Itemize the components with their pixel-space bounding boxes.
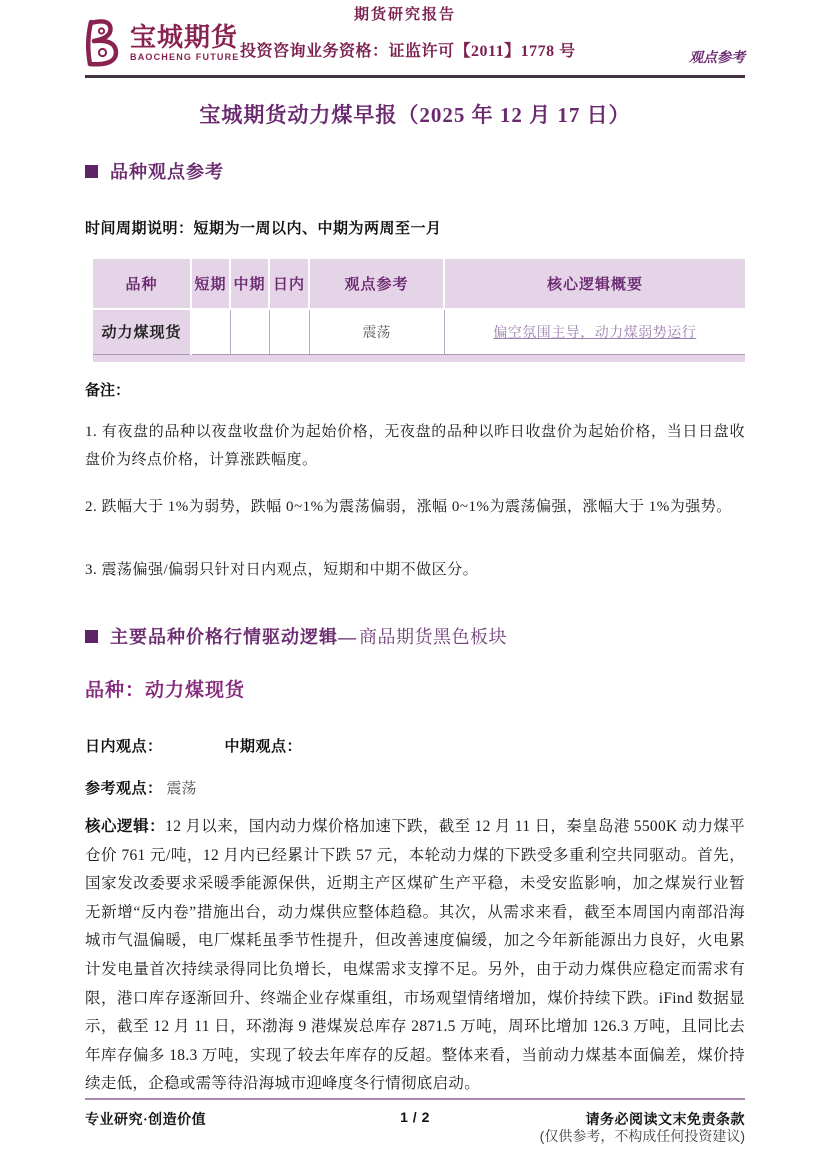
section-heading-sub: 商品期货黑色板块 xyxy=(359,623,507,649)
section-heading-view-reference: 品种观点参考 xyxy=(85,158,745,184)
section-heading-drivers: 主要品种价格行情驱动逻辑—商品期货黑色板块 xyxy=(85,623,745,649)
cell-variety: 动力煤现货 xyxy=(93,309,191,354)
cell-view: 震荡 xyxy=(309,309,444,354)
page-header: 宝城期货 BAOCHENG FUTURE 期货研究报告 投资咨询业务资格：证监许… xyxy=(85,0,745,78)
note-item-3: 3. 震荡偏强/偏弱只针对日内观点，短期和中期不做区分。 xyxy=(85,557,745,585)
table-header-row: 品种 短期 中期 日内 观点参考 核心逻辑概要 xyxy=(93,259,745,309)
qualification-label: 投资咨询业务资格：证监许可【2011】1778 号 xyxy=(240,38,570,61)
variety-heading: 品种：动力煤现货 xyxy=(85,675,745,702)
baocheng-logo-icon xyxy=(79,17,125,69)
header-center: 期货研究报告 投资咨询业务资格：证监许可【2011】1778 号 xyxy=(240,3,570,61)
reference-view-value: 震荡 xyxy=(167,781,197,797)
col-header-mid: 中期 xyxy=(230,259,269,309)
reference-view-row: 参考观点：震荡 xyxy=(85,777,745,798)
company-logo: 宝城期货 BAOCHENG FUTURE xyxy=(79,17,240,69)
view-labels-row: 日内观点：中期观点： xyxy=(85,735,745,756)
intraday-view-label: 日内观点： xyxy=(85,739,163,755)
report-type-label: 期货研究报告 xyxy=(240,3,570,24)
col-header-variety: 品种 xyxy=(93,259,191,309)
square-bullet-icon xyxy=(85,165,98,178)
brand-name-cn: 宝城期货 xyxy=(130,25,240,51)
table-bottom-stripe xyxy=(93,354,745,362)
brand-name-en: BAOCHENG FUTURE xyxy=(130,53,240,62)
square-bullet-icon xyxy=(85,630,98,643)
section-heading-main: 主要品种价格行情驱动逻辑— xyxy=(110,623,357,649)
table-row: 动力煤现货 震荡 偏空氛围主导，动力煤弱势运行 xyxy=(93,309,745,354)
col-header-short: 短期 xyxy=(191,259,230,309)
page-title: 宝城期货动力煤早报（2025 年 12 月 17 日） xyxy=(85,99,745,129)
col-header-view: 观点参考 xyxy=(309,259,444,309)
report-page: 宝城期货 BAOCHENG FUTURE 期货研究报告 投资咨询业务资格：证监许… xyxy=(0,0,826,1169)
section-heading-label: 品种观点参考 xyxy=(110,158,224,184)
cell-mid-term xyxy=(230,309,269,354)
cell-intraday xyxy=(269,309,309,354)
footer-disclaimer-note: 请务必阅读文末免责条款 xyxy=(525,1109,745,1129)
cell-short-term xyxy=(191,309,230,354)
note-item-2: 2. 跌幅大于 1%为弱势，跌幅 0~1%为震荡偏弱，涨幅 0~1%为震荡偏强，… xyxy=(85,494,745,522)
core-logic-label: 核心逻辑： xyxy=(85,818,165,835)
note-item-1: 1. 有夜盘的品种以夜盘收盘价为起始价格，无夜盘的品种以昨日收盘价为起始价格，当… xyxy=(85,419,745,475)
logic-summary-link[interactable]: 偏空氛围主导，动力煤弱势运行 xyxy=(493,326,696,341)
report-content: 宝城期货动力煤早报（2025 年 12 月 17 日） 品种观点参考 时间周期说… xyxy=(0,99,826,1146)
mid-view-label: 中期观点： xyxy=(225,739,303,755)
core-logic-paragraph: 核心逻辑：12 月以来，国内动力煤价格加速下跌，截至 12 月 11 日，秦皇岛… xyxy=(85,813,745,1099)
col-header-intraday: 日内 xyxy=(269,259,309,309)
corner-label: 观点参考 xyxy=(689,47,745,67)
notes-label: 备注： xyxy=(85,379,745,400)
cell-logic-summary: 偏空氛围主导，动力煤弱势运行 xyxy=(444,309,745,354)
page-footer: 专业研究·创造价值 1 / 2 请务必阅读文末免责条款 xyxy=(85,1098,745,1129)
footer-page-number: 1 / 2 xyxy=(305,1109,525,1129)
col-header-logic: 核心逻辑概要 xyxy=(444,259,745,309)
core-logic-body: 12 月以来，国内动力煤价格加速下跌，截至 12 月 11 日，秦皇岛港 550… xyxy=(85,818,745,1092)
footer-slogan: 专业研究·创造价值 xyxy=(85,1109,305,1129)
reference-view-label: 参考观点： xyxy=(85,781,163,797)
period-explanation: 时间周期说明：短期为一周以内、中期为两周至一月 xyxy=(85,217,745,238)
view-reference-table: 品种 短期 中期 日内 观点参考 核心逻辑概要 动力煤现货 震荡 偏空氛围主导，… xyxy=(93,259,745,362)
